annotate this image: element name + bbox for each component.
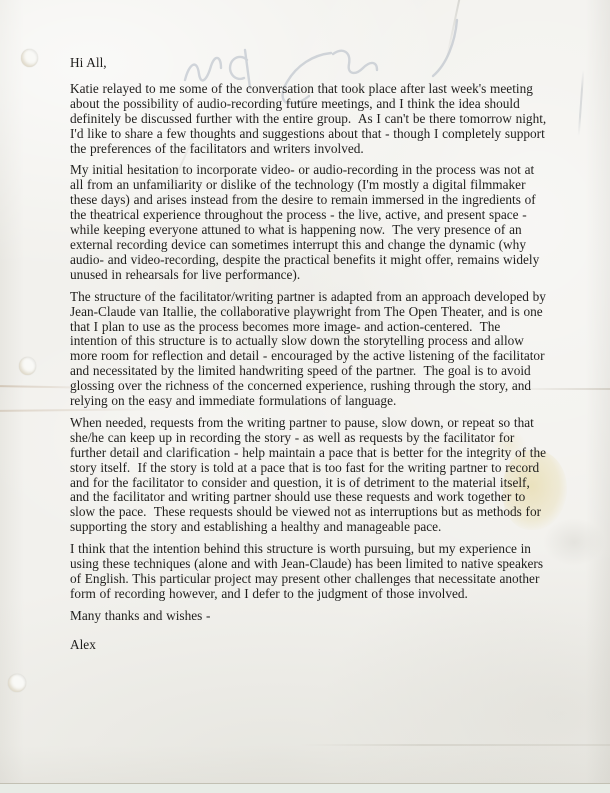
scanner-edge-bottom <box>0 783 610 793</box>
letter-greeting: Hi All, <box>70 56 548 71</box>
letter-body: Hi All, Katie relayed to me some of the … <box>70 56 548 660</box>
letter-paragraph: My initial hesitation to incorporate vid… <box>70 163 548 282</box>
hole-punch-middle <box>19 357 36 375</box>
scanned-letter-page: Hi All, Katie relayed to me some of the … <box>0 0 610 793</box>
letter-paragraph: I think that the intention behind this s… <box>70 542 548 602</box>
letter-paragraph: The structure of the facilitator/writing… <box>70 290 548 409</box>
hole-punch-top <box>21 49 38 67</box>
letter-paragraph: When needed, requests from the writing p… <box>70 416 548 535</box>
smudge-gray <box>543 518 605 566</box>
letter-paragraph: Katie relayed to me some of the conversa… <box>70 82 548 157</box>
crease-line <box>300 744 610 746</box>
hole-punch-bottom <box>8 674 26 692</box>
letter-closing: Many thanks and wishes - <box>70 609 548 624</box>
letter-signature: Alex <box>70 638 548 653</box>
pencil-mark <box>578 70 585 136</box>
